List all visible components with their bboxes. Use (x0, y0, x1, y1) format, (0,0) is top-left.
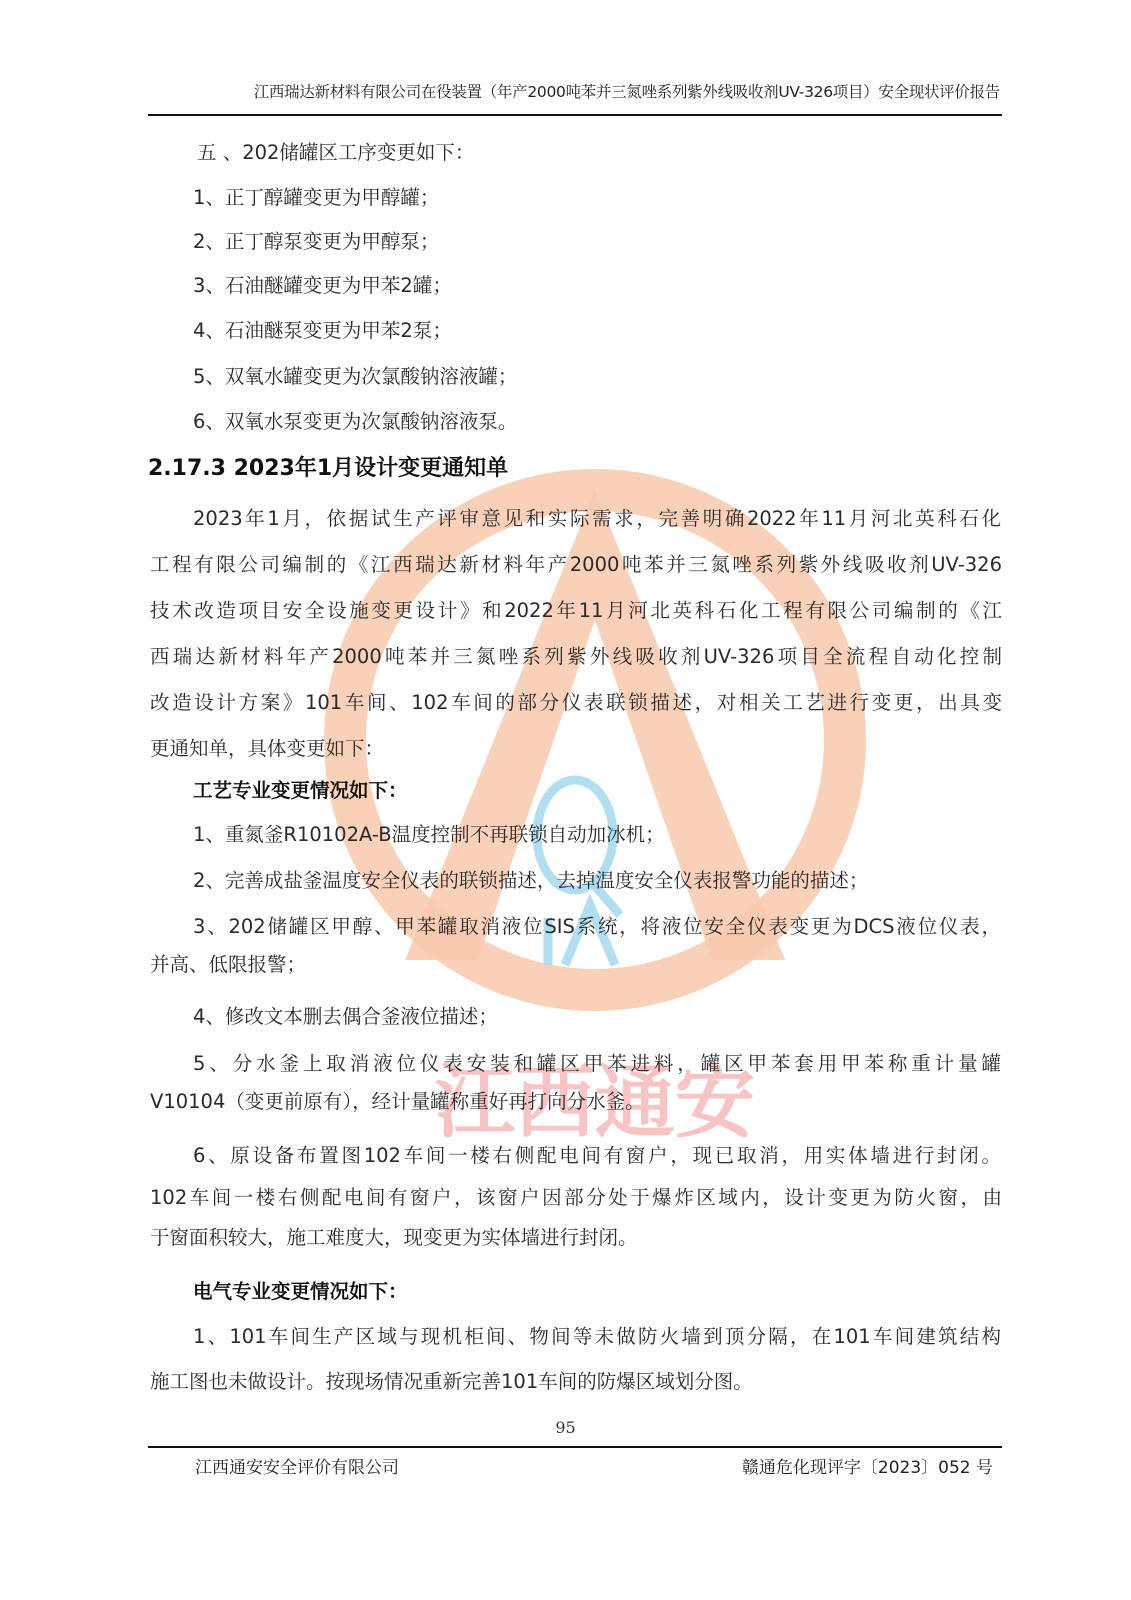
list-item-continuation: 102车间一楼右侧配电间有窗户，该窗户因部分处于爆炸区域内，设计变更为防火窗，由 (150, 1182, 1002, 1210)
list-item-continuation: 施工图也未做设计。按现场情况重新完善101车间的防爆区域划分图。 (150, 1366, 753, 1394)
paragraph-line: 技术改造项目安全设施变更设计》和2022年11月河北英科石化工程有限公司编制的《… (150, 595, 1002, 623)
header-divider (148, 114, 1002, 116)
paragraph-line: 更通知单，具体变更如下： (150, 733, 384, 761)
subsection-heading: 五 、202储罐区工序变更如下： (197, 137, 474, 165)
footer-divider (148, 1446, 1002, 1448)
list-item: 3、石油醚罐变更为甲苯2罐； (193, 270, 452, 298)
footer-company: 江西通安安全评价有限公司 (195, 1453, 399, 1478)
list-item: 4、石油醚泵变更为甲苯2泵； (193, 315, 452, 343)
list-item: 2、正丁醇泵变更为甲醇泵； (193, 226, 439, 254)
document-page: 江西通安 江西瑞达新材料有限公司在役装置（年产2000吨苯并三氮唑系列紫外线吸收… (0, 0, 1131, 1600)
list-item: 6、双氧水泵变更为次氯酸钠溶液泵。 (193, 406, 517, 434)
list-item: 4、修改文本删去偶合釜液位描述； (193, 1001, 498, 1029)
electrical-changes-heading: 电气专业变更情况如下： (193, 1276, 408, 1304)
list-item: 5、分水釜上取消液位仪表安装和罐区甲苯进料，罐区甲苯套用甲苯称重计量罐 (193, 1048, 1001, 1076)
list-item: 1、101车间生产区域与现机柜间、物间等未做防火墙到顶分隔，在101车间建筑结构 (193, 1321, 1001, 1349)
footer-doc-number: 赣通危化现评字〔2023〕052 号 (742, 1453, 993, 1478)
paragraph-line: 2023年1月，依据试生产评审意见和实际需求，完善明确2022年11月河北英科石… (193, 503, 1001, 531)
process-changes-heading: 工艺专业变更情况如下： (193, 775, 408, 803)
list-item: 1、正丁醇罐变更为甲醇罐； (193, 182, 439, 210)
section-heading: 2.17.3 2023年1月设计变更通知单 (148, 451, 508, 482)
page-number: 95 (0, 1418, 1131, 1437)
list-item: 2、完善成盐釜温度安全仪表的联锁描述，去掉温度安全仪表报警功能的描述； (193, 865, 868, 893)
running-header: 江西瑞达新材料有限公司在役装置（年产2000吨苯并三氮唑系列紫外线吸收剂UV-3… (150, 80, 1000, 102)
list-item: 3、202储罐区甲醇、甲苯罐取消液位SIS系统，将液位安全仪表变更为DCS液位仪… (193, 911, 1001, 939)
list-item-continuation: V10104（变更前原有），经计量罐称重好再打向分水釜。 (150, 1086, 645, 1114)
list-item: 5、双氧水罐变更为次氯酸钠溶液罐； (193, 361, 517, 389)
list-item-continuation: 并高、低限报警； (150, 949, 306, 977)
paragraph-line: 工程有限公司编制的《江西瑞达新材料年产2000吨苯并三氮唑系列紫外线吸收剂UV-… (150, 549, 1002, 577)
list-item-continuation: 于窗面积较大，施工难度大，现变更为实体墙进行封闭。 (150, 1222, 638, 1250)
watermark-logo-icon: 江西通安 (0, 0, 1131, 1600)
paragraph-line: 改造设计方案》101车间、102车间的部分仪表联锁描述，对相关工艺进行变更，出具… (150, 687, 1002, 715)
list-item: 6、原设备布置图102车间一楼右侧配电间有窗户，现已取消，用实体墙进行封闭。 (193, 1140, 1001, 1168)
paragraph-line: 西瑞达新材料年产2000吨苯并三氮唑系列紫外线吸收剂UV-326项目全流程自动化… (150, 641, 1002, 669)
list-item: 1、重氮釜R10102A-B温度控制不再联锁自动加冰机； (193, 819, 665, 847)
